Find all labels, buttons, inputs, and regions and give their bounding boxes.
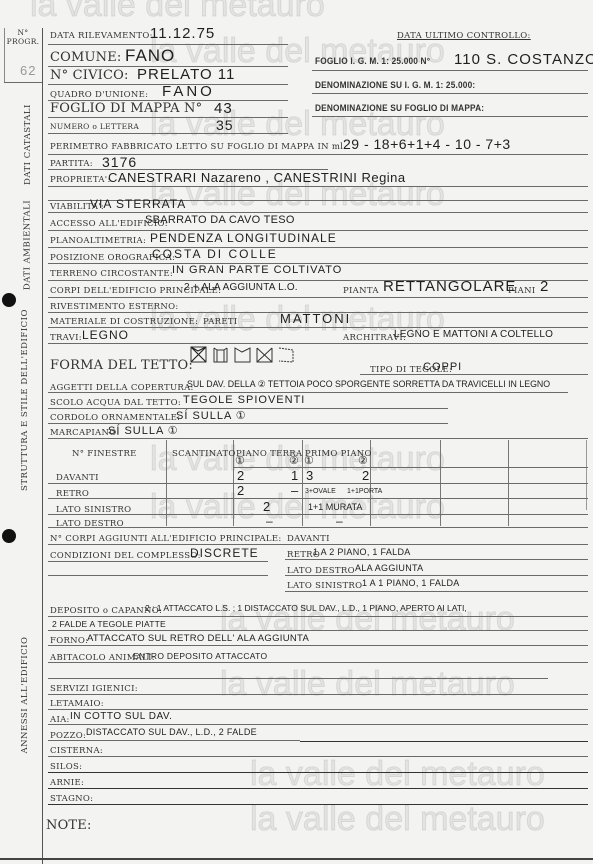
- lato-sinistro-value: 1 A 1 PIANO, 1 FALDA: [362, 578, 460, 588]
- left-frame-line: [42, 28, 43, 864]
- denominazione-igm-label: DENOMINAZIONE SU I. G. M. 1: 25.000:: [315, 80, 475, 90]
- arnie-label: ARNIE:: [50, 778, 84, 788]
- rule: [48, 212, 588, 213]
- cell: –: [266, 514, 273, 528]
- gable-roof-icon[interactable]: [212, 346, 229, 363]
- right-frame-line: [586, 440, 587, 510]
- hip-roof-checked-icon[interactable]: [190, 346, 207, 363]
- cell: 2: [263, 499, 270, 514]
- butterfly-roof-icon[interactable]: [234, 346, 251, 363]
- quadro-value: FANO: [162, 83, 215, 100]
- abitacolo-value: ENTRO DEPOSITO ATTACCATO: [133, 651, 267, 661]
- travi-label: TRAVI:: [50, 333, 82, 343]
- rule: [312, 116, 588, 117]
- partita-value: 3176: [102, 154, 137, 170]
- condizioni-label: CONDIZIONI DEL COMPLESSO:: [50, 551, 201, 561]
- rule: [48, 662, 588, 663]
- cell: 3: [306, 468, 313, 483]
- section-label-ambientali: DATI AMBIENTALI: [23, 198, 33, 293]
- rule: [48, 483, 588, 484]
- accesso-value: SBARRATO DA CAVO TESO: [145, 214, 295, 226]
- foglio-mappa-label: FOGLIO DI MAPPA N°: [50, 101, 202, 116]
- rule: [360, 374, 588, 375]
- rule: [48, 527, 588, 528]
- foglio-igm-label: FOGLIO I. G. M. 1: 25.000 N°: [315, 56, 430, 66]
- silos-label: SILOS:: [50, 762, 82, 772]
- perimetro-label: PERIMETRO FABBRICATO LETTO SU FOGLIO DI …: [50, 142, 343, 152]
- pianta-value: RETTANGOLARE: [383, 278, 516, 295]
- davanti-label: DAVANTI: [287, 534, 330, 544]
- rule: [48, 804, 588, 805]
- travi-value: LEGNO: [82, 328, 129, 342]
- cell: 3+OVALE: [305, 488, 336, 495]
- civico-label: N° CIVICO:: [50, 68, 129, 83]
- rule: [48, 133, 288, 134]
- pareti-label: PARETI: [203, 317, 238, 327]
- rule: [48, 724, 588, 725]
- watermark: la valle del metauro: [30, 0, 325, 25]
- pt-sub-2: ②: [289, 454, 299, 467]
- rule: [48, 343, 588, 344]
- progr-box-bottom: [4, 82, 42, 83]
- rule: [48, 561, 268, 562]
- lato-destro-value: ALA AGGIUNTA: [355, 563, 423, 573]
- cordolo-label: CORDOLO ORNAMENTALE:: [50, 413, 180, 423]
- cell: 2: [237, 468, 244, 483]
- progr-label: N° PROGR.: [6, 28, 40, 46]
- rule: [48, 544, 588, 545]
- rule: [48, 630, 588, 631]
- section-label-struttura: STRUTTURA E STILE DELL'EDIFICIO: [20, 300, 30, 500]
- cell: 1+1 MURATA: [308, 502, 362, 512]
- rule: [48, 498, 588, 499]
- rule: [233, 467, 588, 468]
- scolo-value: TEGOLE SPIOVENTI: [183, 394, 305, 406]
- forma-tetto-label: FORMA DEL TETTO:: [50, 358, 193, 373]
- numero-lettera-value: 35: [216, 117, 234, 133]
- viabilita-value: VIA STERRATA: [90, 197, 186, 211]
- deposito-value-cont: 2 FALDE A TEGOLE PIATTE: [52, 619, 166, 629]
- cell: 1: [291, 468, 298, 483]
- planoaltimetria-label: PLANOALTIMETRIA:: [50, 236, 146, 246]
- partita-label: PARTITA:: [50, 159, 93, 169]
- terreno-value: IN GRAN PARTE COLTIVATO: [172, 264, 342, 276]
- rule: [285, 575, 588, 576]
- marcapiano-value: SÍ SULLA ①: [108, 424, 179, 437]
- cell: –: [336, 514, 343, 528]
- cordolo-value: SÍ SULLA ①: [176, 409, 247, 422]
- rule: [48, 514, 588, 515]
- pareti-value: MATTONI: [280, 311, 351, 326]
- section-label-catastali: DATI CATASTALI: [23, 105, 33, 185]
- pianta-label: PIANTA: [343, 286, 379, 296]
- aggetti-value: SUL DAV. DELLA ② TETTOIA POCO SPORGENTE …: [187, 379, 550, 390]
- header-finestre: N° FINESTRE: [72, 449, 137, 459]
- rule: [48, 756, 588, 757]
- header-scantinato: SCANTINATO: [172, 449, 236, 459]
- lean-to-roof-icon[interactable]: [278, 346, 295, 363]
- corpi-value: 2 + ALA AGGIUNTA L.O.: [184, 282, 298, 293]
- servizi-label: SERVIZI IGIENICI:: [50, 684, 138, 694]
- note-label: NOTE:: [46, 818, 92, 833]
- posizione-value: COSTA DI COLLE: [152, 247, 278, 261]
- terreno-label: TERRENO CIRCOSTANTE:: [50, 269, 173, 279]
- perimetro-value: 29 - 18+6+1+4 - 10 - 7+3: [343, 136, 511, 152]
- punch-hole: [2, 293, 16, 307]
- rule: [48, 678, 548, 679]
- cell: 1+1PORTA: [347, 488, 382, 495]
- cross-gable-roof-icon[interactable]: [256, 346, 273, 363]
- rule: [48, 44, 288, 45]
- cisterna-label: CISTERNA:: [50, 746, 103, 756]
- rule: [48, 645, 588, 646]
- lato-sinistro-label: LATO SINISTRO: [287, 581, 362, 591]
- letamaio-label: LETAMAIO:: [50, 699, 104, 709]
- rule: [312, 93, 588, 94]
- watermark: la valle del metauro: [250, 800, 545, 839]
- aia-value: IN COTTO SUL DAV.: [70, 711, 172, 722]
- rule: [48, 438, 588, 439]
- row-label-davanti: DAVANTI: [56, 473, 99, 483]
- punch-hole: [2, 529, 16, 543]
- numero-lettera-label: NUMERO o LETTERA: [50, 122, 139, 131]
- rule: [48, 408, 448, 409]
- piani-value: 2: [540, 278, 549, 295]
- cell: 2: [362, 468, 369, 483]
- comune-value: FANO: [125, 46, 175, 66]
- section-label-annessi: ANNESSI ALL'EDIFICIO: [20, 630, 30, 760]
- stagno-label: STAGNO:: [50, 794, 93, 804]
- rule: [48, 788, 588, 789]
- foglio-mappa-value: 43: [214, 100, 233, 117]
- data-rilevamento-value: 11.12.75: [150, 25, 215, 42]
- pt-sub-1: ①: [235, 454, 245, 467]
- rule: [48, 186, 588, 187]
- pp-sub-1: ①: [304, 454, 314, 467]
- tegole-value: COPPI: [423, 361, 462, 373]
- pp-sub-2: ②: [358, 454, 368, 467]
- rule: [48, 694, 588, 695]
- civico-value: PRELATO 11: [137, 66, 235, 83]
- rivestimento-label: RIVESTIMENTO ESTERNO:: [50, 302, 179, 312]
- rule: [48, 247, 588, 248]
- watermark: la valle del metauro: [220, 665, 515, 704]
- deposito-value: 2 : 1 ATTACCATO L.S. ; 1 DISTACCATO SUL …: [145, 603, 467, 613]
- rule: [48, 575, 268, 576]
- architravi-value: LEGNO E MATTONI A COLTELLO: [394, 329, 553, 340]
- rule: [285, 591, 588, 592]
- rule: [48, 709, 588, 710]
- rule: [285, 559, 588, 560]
- rule: [300, 741, 588, 742]
- rule: [48, 297, 588, 298]
- progr-box-left: [4, 28, 5, 82]
- retro-value: 1 A 2 PIANO, 1 FALDA: [313, 547, 411, 557]
- rule: [48, 117, 288, 118]
- progr-value: 62: [20, 63, 36, 78]
- quadro-label: QUADRO D'UNIONE:: [50, 90, 148, 100]
- proprieta-value: CANESTRARI Nazareno , CANESTRINI Regina: [108, 170, 406, 185]
- corpi-aggiunti-label: N° CORPI AGGIUNTI ALL'EDIFICIO PRINCIPAL…: [50, 534, 282, 544]
- planoaltimetria-value: PENDENZA LONGITUDINALE: [150, 231, 337, 245]
- foglio-igm-value: 110 S. COSTANZO: [454, 51, 593, 68]
- forno-value: ATTACCATO SUL RETRO DELL' ALA AGGIUNTA: [87, 633, 309, 644]
- materiale-label: MATERIALE DI COSTRUZIONE:: [50, 317, 198, 327]
- piani-label: PIANI: [508, 286, 536, 296]
- rule: [312, 70, 588, 71]
- data-ultimo-controllo-label: DATA ULTIMO CONTROLLO:: [397, 31, 531, 41]
- denominazione-foglio-label: DENOMINAZIONE SU FOGLIO DI MAPPA:: [315, 103, 484, 113]
- rule: [48, 772, 588, 773]
- cell: –: [291, 483, 298, 498]
- comune-label: COMUNE:: [50, 50, 122, 65]
- rule: [48, 392, 568, 393]
- pozzo-value: DISTACCATO SUL DAV., L.D., 2 FALDE: [86, 727, 257, 737]
- cell: 2: [237, 483, 244, 498]
- data-rilevamento-label: DATA RILEVAMENTO:: [50, 31, 153, 41]
- proprieta-label: PROPRIETA':: [50, 175, 111, 185]
- rule: [48, 616, 588, 617]
- bottom-frame-line: [0, 858, 593, 860]
- scolo-label: SCOLO ACQUA DAL TETTO:: [50, 398, 181, 408]
- rule: [48, 740, 300, 741]
- condizioni-value: DISCRETE: [190, 546, 259, 560]
